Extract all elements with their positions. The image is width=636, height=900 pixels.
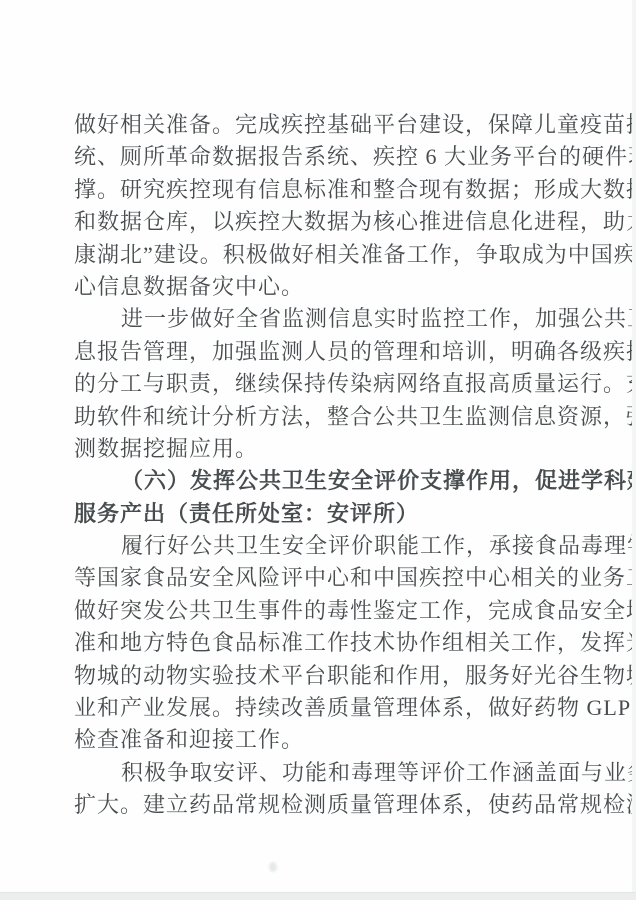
scanned-document-page: 做好相关准备。完成疾控基础平台建设，保障儿童疫苗接种系统、厕所革命数据报告系统、… xyxy=(0,0,636,900)
text-line: 等国家食品安全风险评中心和中国疾控中心相关的业务工作。 xyxy=(74,562,568,594)
text-line: 息报告管理，加强监测人员的管理和培训，明确各级疾控机构 xyxy=(74,336,568,368)
text-line: 履行好公共卫生安全评价职能工作，承接食品毒理学计划 xyxy=(74,530,568,562)
text-line: 心信息数据备灾中心。 xyxy=(74,271,568,303)
text-line: 扩大。建立药品常规检测质量管理体系，使药品常规检测流程 xyxy=(74,789,568,821)
text-line: 准和地方特色食品标准工作技术协作组相关工作，发挥光谷生 xyxy=(74,627,568,659)
text-line: 物城的动物实验技术平台职能和作用，服务好光谷生物城的企 xyxy=(74,660,568,692)
text-line: 业和产业发展。持续改善质量管理体系，做好药物 GLP 的现场 xyxy=(74,692,568,724)
scan-edge-bottom xyxy=(0,892,636,900)
text-line: 撑。研究疾控现有信息标准和整合现有数据；形成大数据来源 xyxy=(74,174,568,206)
text-line: 测数据挖掘应用。 xyxy=(74,433,568,465)
document-body: 做好相关准备。完成疾控基础平台建设，保障儿童疫苗接种系统、厕所革命数据报告系统、… xyxy=(74,109,568,822)
text-line: 的分工与职责，继续保持传染病网络直报高质量运行。充分借 xyxy=(74,368,568,400)
text-line: 积极争取安评、功能和毒理等评价工作涵盖面与业务量的 xyxy=(74,757,568,789)
text-line: 服务产出（责任所处室：安评所） xyxy=(74,498,568,530)
text-line: （六）发挥公共卫生安全评价支撑作用，促进学科建设与 xyxy=(74,465,568,497)
text-line: 做好突发公共卫生事件的毒性鉴定工作，完成食品安全地方标 xyxy=(74,595,568,627)
text-line: 检查准备和迎接工作。 xyxy=(74,724,568,756)
text-line: 统、厕所革命数据报告系统、疾控 6 大业务平台的硬件环境支 xyxy=(74,141,568,173)
scan-artifact-speck xyxy=(269,862,277,872)
text-line: 助软件和统计分析方法，整合公共卫生监测信息资源，强化监 xyxy=(74,401,568,433)
text-line: 进一步做好全省监测信息实时监控工作，加强公共卫生信 xyxy=(74,303,568,335)
scan-edge-right xyxy=(632,0,636,900)
text-line: 康湖北”建设。积极做好相关准备工作，争取成为中国疾控中 xyxy=(74,239,568,271)
text-line: 和数据仓库，以疾控大数据为核心推进信息化进程，助力“健 xyxy=(74,206,568,238)
text-line: 做好相关准备。完成疾控基础平台建设，保障儿童疫苗接种系 xyxy=(74,109,568,141)
